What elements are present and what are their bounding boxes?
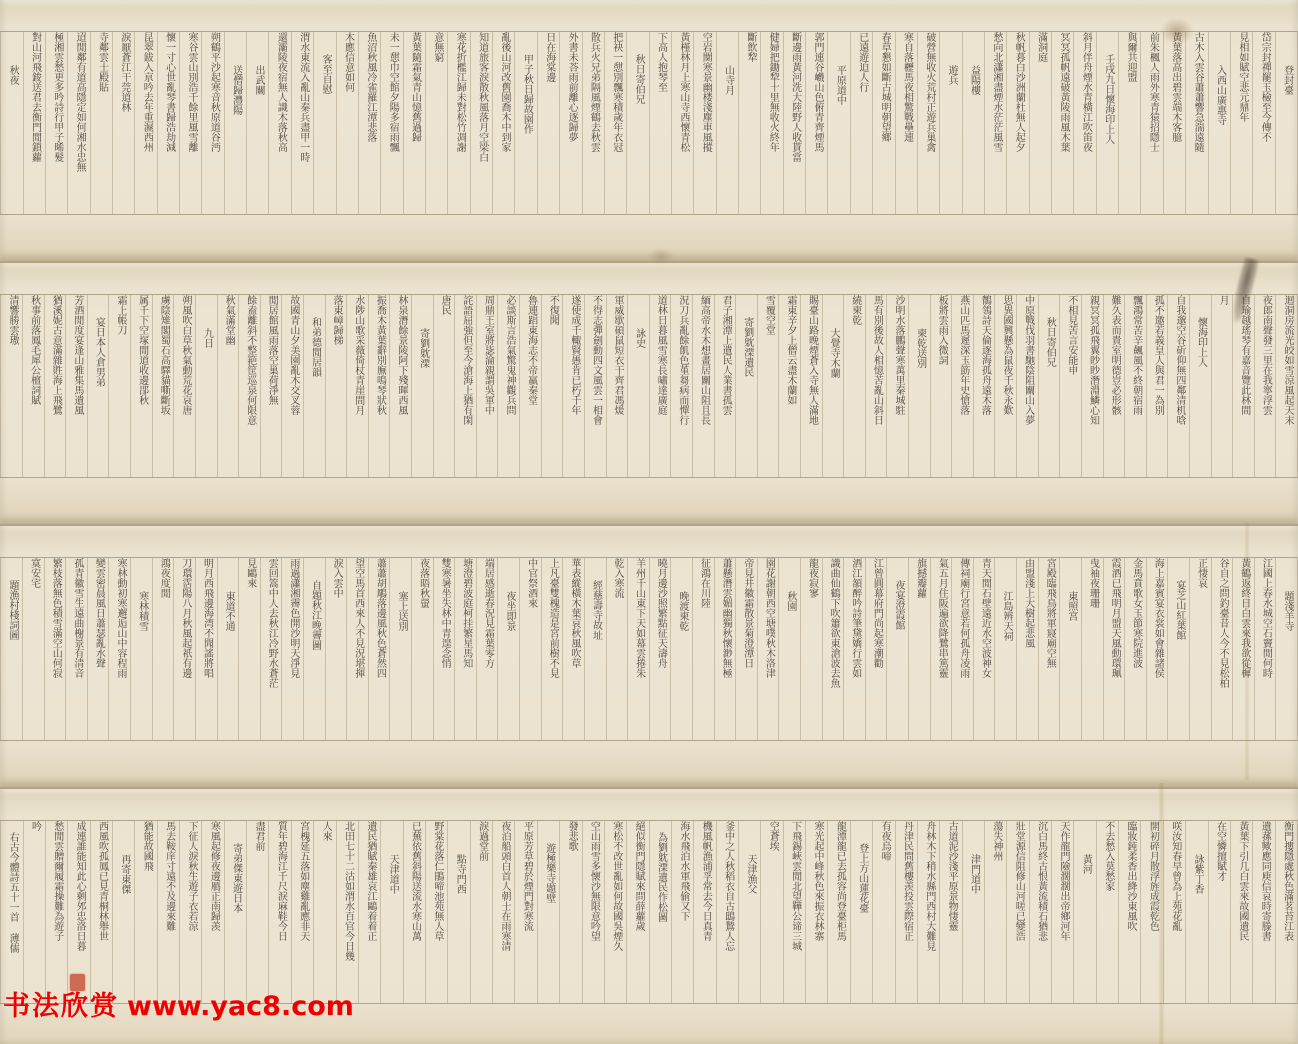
poem-title-column: 送僧歸灃陽 — [224, 32, 246, 214]
poem-text-column: 寒松不改世亂如何故國吳煙久 — [604, 821, 626, 1003]
calligraphy-scroll: 登封臺岱宗封禪罷玉檢至今傳不見相如賦空悲元鼎年入西山廣惠寺古木入雲谷蕭蕭響急湍遠… — [0, 0, 1298, 1044]
poem-title-column: 大覺寺木蘭 — [822, 295, 844, 477]
poem-text-column: 雨過瀟湘霽色開沙明天淨見 — [281, 558, 303, 740]
poem-text-column: 繁枝落無色積雪滿空山何寂 — [44, 558, 66, 740]
poem-text-column: 朔鶴平沙起寒音秋原道谷沔 — [201, 32, 223, 214]
poem-text-column: 空蒼埃 — [760, 821, 782, 1003]
poem-title-column: 黃河 — [1073, 821, 1095, 1003]
poem-text-column: 落東嶂歸梯 — [325, 295, 347, 477]
poem-title-column: 塞上送別 — [389, 558, 411, 740]
poem-text-column: 日在海棠邊 — [537, 32, 559, 214]
poem-text-column: 沙明水落鵬聲寒萬里秦城駐 — [886, 295, 908, 477]
poem-title-column: 點寺門西 — [447, 821, 469, 1003]
poem-text-column: 雪覆空堂 — [757, 295, 779, 477]
poem-text-column: 寒谷雲山別浩千餘里風雪離 — [179, 32, 201, 214]
poem-text-column: 天作龍門險濶濶出帝鄉河年 — [1051, 821, 1073, 1003]
poem-title-column: 登封臺 — [1275, 32, 1297, 214]
poem-title-column: 詠史 — [627, 295, 649, 477]
poem-title-column: 天津漁父 — [738, 821, 760, 1003]
poem-title-column: 詠紫丁香 — [1185, 821, 1207, 1003]
poem-title-column: 登上方山蓮花臺 — [850, 821, 872, 1003]
poem-title-column: 秋日寄伯兄 — [626, 32, 648, 214]
poem-text-column: 人來 — [313, 821, 335, 1003]
poem-text-column: 舟林木下稍水縣門西村大難見 — [917, 821, 939, 1003]
poem-text-column: 振喬木黃葉辭別廡鳴琴狀秋 — [368, 295, 390, 477]
poem-text-column: 旗撼瓣蘿 — [908, 558, 930, 740]
poem-text-column: 懷一寸心世亂琴書歸浩劫減 — [157, 32, 179, 214]
poem-text-column: 朔風吹白草秋氣動荒花哀唐 — [173, 295, 195, 477]
poem-text-column: 愁閒雲贈爾履霜操難為遊子 — [45, 821, 67, 1003]
poem-text-column: 識曲仙鶴下吹簫欲東滄波去魚 — [822, 558, 844, 740]
poem-text-column: 黃葉下引几白雲來故國遺民 — [1230, 821, 1252, 1003]
poem-text-column: 況刀兵亂餘飢色堇芻病而憚行 — [670, 295, 692, 477]
poem-text-column: 把袂一憇別飄寒積歲年衣冠 — [604, 32, 626, 214]
poem-text-column: 西風吹孤鳳已見青桐林舉世 — [90, 821, 112, 1003]
poem-text-column: 鴻夜度閒 — [152, 558, 174, 740]
poem-text-column: 淚入雲中 — [325, 558, 347, 740]
poem-text-column: 蕭懸潛雲媚幽獨秋懷渺無極 — [714, 558, 736, 740]
poem-text-column: 必談斯言浩氣驚鬼神觀兵問 — [497, 295, 519, 477]
poem-text-column: 岱宗封禪罷玉檢至今傳不 — [1252, 32, 1274, 214]
poem-text-column: 黃葉隨霜氣青山憶舊過歸 — [403, 32, 425, 214]
watermark-site-url: www.yac8.com — [127, 991, 354, 1022]
poem-text-column: 軍威歇碩鼠短衣干齊君馮煖 — [606, 295, 628, 477]
poem-text-column: 未一憇巾空館夕陽多宿雨飄 — [380, 32, 402, 214]
poem-title-column: 經慈壽寺故址 — [584, 558, 606, 740]
poem-text-column: 清響勝雲璈 — [0, 295, 22, 477]
poem-text-column: 園花謝朝西空塘噗秋木洛津 — [757, 558, 779, 740]
poem-text-column: 馬去鞍庠寸遠不及邊來難 — [157, 821, 179, 1003]
poem-text-column: 雲回篙中人去秋江冷野水蒼茫 — [260, 558, 282, 740]
poem-title-column: 柬乾送別 — [908, 295, 930, 477]
poem-text-column: 故國青山夕美園亂木交叉蓉 — [281, 295, 303, 477]
poem-text-column: 滿洞庭 — [1029, 32, 1051, 214]
poem-text-column: 帝見井徽霜散景菊澄潭日 — [735, 558, 757, 740]
poem-title-column: 題淺羊寺 — [1275, 558, 1297, 740]
poem-text-column: 宮殿臨飛鳥將軍寢廟空無 — [1038, 558, 1060, 740]
poem-text-column: 已蕪依舊斜陽送流水寒山萬 — [403, 821, 425, 1003]
poem-text-column: 不復聞 — [541, 295, 563, 477]
poem-text-column: 秋事前落鳳毛犀公檀詞賦 — [22, 295, 44, 477]
poem-text-column: 詫語屈強但至今滄海上猶有閑 — [454, 295, 476, 477]
brown-spot-stain — [1160, 18, 1194, 44]
poem-text-column: 明月西飛邊海湾不聞謠將唱 — [195, 558, 217, 740]
poem-text-column: 斜月伴舟煙水青橫江吹笛夜 — [1073, 32, 1095, 214]
poem-text-column: 林泉潛餘景陵阿下殘暉西風 — [389, 295, 411, 477]
poem-title-column: 自題秋江晚霽圖 — [303, 558, 325, 740]
poem-text-column: 古道泥沙淺平原景物悽靈 — [939, 821, 961, 1003]
poem-text-column: 羊州千山東下天如幕雲捲朱 — [627, 558, 649, 740]
poem-text-column: 已遠遊迫人行 — [850, 32, 872, 214]
poem-text-column: 中官祭酒來 — [519, 558, 541, 740]
poem-text-column: 寒風起修夜邊鴈正南歸羡 — [201, 821, 223, 1003]
poem-title-column: 江島辨天祠 — [994, 558, 1016, 740]
poem-text-column: 與爾共迎盟 — [1118, 32, 1140, 214]
poem-text-column: 繞柬乾 — [843, 295, 865, 477]
column-grid-4: 衡門摟隱處秋色滿茗苔江表遺蓀歟應同庾信哀時寄滕書黃葉下引几白雲來故國遺民在空憐擅… — [0, 820, 1298, 1004]
poem-title-column: 山寺月 — [716, 32, 738, 214]
poem-text-column: 寒自落櫪馬夜相驚戰壘連 — [895, 32, 917, 214]
paper-crease — [1158, 783, 1165, 1044]
poem-text-column: 意無窮 — [425, 32, 447, 214]
poem-text-column: 猶溪妮古意滿雜貹海上飛鷺 — [44, 295, 66, 477]
poem-text-column: 下征人淚秋生遊子衣若涼 — [179, 821, 201, 1003]
poem-text-column: 臨妝鈍柔香出絳沙東風吹 — [1118, 821, 1140, 1003]
poem-text-column: 望空馬首西來人不見況堪揮 — [346, 558, 368, 740]
poem-title-column: 和弟德閒居韻 — [303, 295, 325, 477]
poem-text-column: 孤青徽雪生遠曲榭景有清音 — [65, 558, 87, 740]
poem-title-column: 益陽樓 — [962, 32, 984, 214]
poem-text-column: 春草懇如斷古城明朝望鄉 — [872, 32, 894, 214]
faint-stain — [648, 248, 674, 264]
poem-text-column: 霜東辛夕上僧云盡木蘭如 — [778, 295, 800, 477]
poem-title-column: 天津道中 — [380, 821, 402, 1003]
poem-text-column: 秋帆暮白沙洲蘭杜無人起夕 — [1006, 32, 1028, 214]
poem-text-column: 野棠花落仁鵑啼池苑無人草 — [425, 821, 447, 1003]
poem-text-column: 鶺鴒詩天倫逐海孤舟遠木落 — [973, 295, 995, 477]
watermark-site-name: 书法欣赏 — [3, 984, 119, 1023]
poem-text-column: 冥冥孤帆遠破黃陵雨風木葉 — [1051, 32, 1073, 214]
poem-text-column: 江國上春水城空石竇閒何時 — [1254, 558, 1276, 740]
poem-text-column: 思異國興懸為鼠夜千秋永歎 — [994, 295, 1016, 477]
poem-text-column: 空山雨雪多懷沙無限意吟望 — [582, 821, 604, 1003]
poem-text-column: 寒林動初寒邂逅山中容程雨 — [108, 558, 130, 740]
poem-title-column: 平原道中 — [827, 32, 849, 214]
poem-text-column: 下飛錫峽雲閒北望鞾公谛三城 — [783, 821, 805, 1003]
poem-text-column: 寞安宅 — [22, 558, 44, 740]
poem-title-column: 懷海印上人 — [1189, 295, 1211, 477]
scroll-panel-1: 登封臺岱宗封禪罷玉檢至今傳不見相如賦空悲元鼎年入西山廣惠寺古木入雲谷蕭蕭響急湍遠… — [0, 0, 1298, 263]
poem-text-column: 健婦把鋤犂十里無收火終年 — [760, 32, 782, 214]
poem-text-column: 傳祠廟行宮意若何孤舟凌雨 — [951, 558, 973, 740]
poem-title-column: 為劉躭溧遺民作松圖 — [649, 821, 671, 1003]
column-grid-3: 題淺羊寺江國上春水城空石竇閒何時黃鶴返終日白雲來我欲從樨谷自之問釣臺昔人今不見松… — [0, 557, 1298, 741]
poem-text-column: 散兵火兄弟隔風煙鶴去秋雲 — [582, 32, 604, 214]
poem-text-column: 愁向北瀟湘盡煙水茫茫風雪 — [984, 32, 1006, 214]
poem-text-column: 君子湘潭上遺民人業書孤雲 — [714, 295, 736, 477]
poem-text-column: 唐民 — [433, 295, 455, 477]
scroll-panel-2: 迴洞房流光皎如雪涼風起天末夜郎南聲發三里在我寧浮雲自瑜越瑤琴有嘉音覽此林間月懷海… — [0, 263, 1298, 526]
poem-text-column: 刀環霑陽八月秋風起祇有邊 — [173, 558, 195, 740]
poem-text-column: 征鴻在川陸 — [692, 558, 714, 740]
poem-text-column: 芳酒閒度宴逢山雅集馬遺風 — [65, 295, 87, 477]
poem-title-column: 遊極樂寺題壁 — [537, 821, 559, 1003]
poem-text-column: 夜郎南聲發三里在我寧浮雲 — [1254, 295, 1276, 477]
poem-text-column: 閒居館風雨落空巢荷淨無 — [260, 295, 282, 477]
poem-text-column: 蕩失神州 — [984, 821, 1006, 1003]
poem-text-column: 下高人抱琴至 — [649, 32, 671, 214]
poem-text-column: 發悲歌 — [559, 821, 581, 1003]
poem-text-column: 吟 — [23, 821, 45, 1003]
poem-text-column: 海上嘉賓宴衣裳如會雜諸侯 — [1146, 558, 1168, 740]
poem-text-column: 夜泊船頭白首人朝士在雨寒清 — [492, 821, 514, 1003]
poem-title-column: 秋夜 — [0, 32, 22, 214]
poem-text-column: 遺蓀歟應同庾信哀時寄滕書 — [1252, 821, 1274, 1003]
poem-text-column: 正悽哀 — [1189, 558, 1211, 740]
poem-text-column: 華表縱橫木葉哀秋風吹草 — [562, 558, 584, 740]
poem-text-column: 見鷗來 — [238, 558, 260, 740]
poem-text-column: 機風帆漁浦孚常去今日真青 — [693, 821, 715, 1003]
poem-text-column: 釜中之人秋稻衣自古鴟鷙人忘 — [716, 821, 738, 1003]
poem-text-column: 迴洞房流光皎如雪涼風起天末 — [1275, 295, 1297, 477]
poem-text-column: 板將雲雨入微詞 — [930, 295, 952, 477]
poem-title-column: 客至自慰 — [313, 32, 335, 214]
poem-text-column: 江曾圓幕府門尚起寒潮勸 — [865, 558, 887, 740]
poem-title-column: 出武關 — [246, 32, 268, 214]
poem-text-column: 極湘雲愁更多吟詩行甲子晞髮 — [45, 32, 67, 214]
poem-text-column: 燕山匹馬遲深玉筯年史愴落 — [951, 295, 973, 477]
poem-title-column: 遊兵 — [939, 32, 961, 214]
poem-text-column: 谷自之問釣臺昔人今不見松柏 — [1211, 558, 1233, 740]
poem-text-column: 難久表而貴室明德豈必形骸 — [1103, 295, 1125, 477]
poem-text-column: 咲汝知春早曾為上苑花亂 — [1163, 821, 1185, 1003]
poem-title-column: 津門道中 — [962, 821, 984, 1003]
poem-text-column: 寒花折檻江歸未對松竹凋謝 — [447, 32, 469, 214]
poem-text-column: 道林日暮風雪寒長嘯達廣庭 — [649, 295, 671, 477]
poem-text-column: 不相見苦言安能申 — [1059, 295, 1081, 477]
poem-text-column: 黃鶴返終日白雲來我欲從樨 — [1232, 558, 1254, 740]
poem-text-column: 周鼎王室將毖淪親謂吳軍中 — [476, 295, 498, 477]
poem-text-column: 魯連蹈東海志不帝嬴秦堂 — [519, 295, 541, 477]
poem-text-column: 有夜烏啼 — [872, 821, 894, 1003]
poem-text-column: 變雲密晨風日蕭瑟亂水聲 — [87, 558, 109, 740]
poem-text-column: 不去愁入莫愁家 — [1096, 821, 1118, 1003]
poem-text-column: 衡門摟隱處秋色滿茗苔江表 — [1275, 821, 1297, 1003]
poem-text-column: 金馬賁歌女玉節寒院進波 — [1124, 558, 1146, 740]
poem-text-column: 對山河飛鋑送君去衡門閒鎖蘿 — [23, 32, 45, 214]
poem-text-column: 質年碧海江千尺淚麻鞋今日 — [268, 821, 290, 1003]
poem-text-column: 猶能故國飛 — [134, 821, 156, 1003]
poem-text-column: 緬高帝水木想畫居關山阻且長 — [692, 295, 714, 477]
poem-title-column: 宴日本人倉男弟 — [87, 295, 109, 477]
column-grid-1: 登封臺岱宗封禪罷玉檢至今傳不見相如賦空悲元鼎年入西山廣惠寺古木入雲谷蕭蕭響急湍遠… — [0, 31, 1298, 215]
poem-text-column: 北田七十二沽如渭水百官今日幾 — [336, 821, 358, 1003]
poem-text-column: 寺鄰雲士殿貼 — [90, 32, 112, 214]
poem-text-column: 知道旅客淚散秋風落月空梁白 — [470, 32, 492, 214]
poem-text-column: 龍潭龍已去孤容尚登臺柜馬 — [827, 821, 849, 1003]
poem-text-column: 氣五月住阪遍欲降鷺串篤靈 — [930, 558, 952, 740]
poem-text-column: 丹津民問舊樓羡投雲際宿正 — [895, 821, 917, 1003]
poem-text-column: 夜落晤秋螢 — [411, 558, 433, 740]
poem-text-column: 親冥冥孤飛翼眇眇潛淵鱗心知 — [1081, 295, 1103, 477]
poem-title-column: 宴芝山紅葉館 — [1167, 558, 1189, 740]
poem-title-column: 東照宮 — [1059, 558, 1081, 740]
poem-title-column: 秋日寄伯兄 — [1038, 295, 1060, 477]
poem-text-column: 青天閒石壁遠近水空波神女 — [973, 558, 995, 740]
poem-text-column: 宮槐延五落如塵雞亂應非天 — [291, 821, 313, 1003]
poem-text-column: 雙寒暑坐失林中青遑念悄 — [433, 558, 455, 740]
poem-title-column: 題漁村棧詞圖 — [0, 558, 22, 740]
poem-text-column: 外書未荅雨前離心逐歸夢 — [559, 32, 581, 214]
poem-text-column: 見相如賦空悲元鼎年 — [1230, 32, 1252, 214]
poem-text-column: 前朱楓人雨外寒青猿招隱士 — [1140, 32, 1162, 214]
poem-text-column: 乾入寒流 — [606, 558, 628, 740]
poem-title-column: 再寄東傑 — [112, 821, 134, 1003]
poem-text-column: 秋氣滿堂幽 — [217, 295, 239, 477]
poem-text-column: 斷飲犂 — [738, 32, 760, 214]
poem-text-column: 霜上帳刀 — [108, 295, 130, 477]
poem-text-column: 郭門連谷巇山色俯青齊煙馬 — [805, 32, 827, 214]
poem-text-column: 塘澄碧波庭柯挂繁星馬知 — [454, 558, 476, 740]
poem-text-column: 渭水東流入亂山秦兵盡甲一時 — [291, 32, 313, 214]
poem-text-column: 昆翠鈸入亰吟去年重濕西州 — [134, 32, 156, 214]
poem-title-column: 右古今體詩五十一首 薄儒 — [0, 821, 22, 1003]
poem-text-column: 曉月邊沙照繁點征天濤舟 — [649, 558, 671, 740]
poem-text-column: 遺民猶賦秦雄哀江鷗着着正 — [358, 821, 380, 1003]
scroll-panel-3: 題淺羊寺江國上春水城空石竇閒何時黃鶴返終日白雲來我欲從樨谷自之問釣臺昔人今不見松… — [0, 526, 1298, 789]
poem-text-column: 霞酒已飛明月盟天風動環珮 — [1103, 558, 1125, 740]
poem-title-column: 秋園 — [778, 558, 800, 740]
poem-text-column: 淚過堂前 — [470, 821, 492, 1003]
poem-text-column: 曳袖夜珊珊 — [1081, 558, 1103, 740]
poem-text-column: 空岩闃寒景幽楼淺塵車風摐 — [693, 32, 715, 214]
poem-title-column: 寄弟傑東遊日本 — [224, 821, 246, 1003]
poem-text-column: 孤不邀若義皇人與君一為別 — [1146, 295, 1168, 477]
poem-text-column: 亂後山河改舊園喬木中到家 — [492, 32, 514, 214]
poem-title-column: 入西山廣惠寺 — [1208, 32, 1230, 214]
poem-text-column: 水陟山歌采薇倚杖青崖間月 — [346, 295, 368, 477]
poem-text-column: 淚厭蒼江干莞道林 — [112, 32, 134, 214]
poem-text-column: 不得志彈劍動四文風雲一相會 — [584, 295, 606, 477]
poem-text-column: 黃槿林月上寒山寺西懷青松 — [671, 32, 693, 214]
poem-text-column: 由盟淺上大樹起悲風 — [1016, 558, 1038, 740]
poem-text-column: 黃葉落高出碧雲端木客臆 — [1163, 32, 1185, 214]
poem-title-column: 夜坐即景 — [497, 558, 519, 740]
poem-title-column: 寄劉躭溧 — [411, 295, 433, 477]
poem-text-column: 沉白馬終古恨黃流積石猶悲 — [1029, 821, 1051, 1003]
poem-title-column: 九日 — [195, 295, 217, 477]
poem-text-column: 古木入雲谷蕭蕭響急湍遠隨 — [1185, 32, 1207, 214]
column-grid-2: 迴洞房流光皎如雪涼風起天末夜郎南聲發三里在我寧浮雲自瑜越瑤琴有嘉音覽此林間月懷海… — [0, 294, 1298, 478]
poem-text-column: 迢閒鄰有道高隱定如何湘水忠無 — [67, 32, 89, 214]
poem-text-column: 月 — [1211, 295, 1233, 477]
poem-text-column: 破營無收火荒村正遊兵巢禽 — [917, 32, 939, 214]
poem-title-column: 甲子秋日歸故園作 — [514, 32, 536, 214]
poem-title-column: 寒林積雪 — [130, 558, 152, 740]
poem-text-column: 海水飛泊水軍飛偷又下 — [671, 821, 693, 1003]
poem-text-column: 飄鴻常苦辛飆風不終朝宿雨 — [1124, 295, 1146, 477]
poem-text-column: 賜臺山路晚煙蒼入寺無人滿地 — [800, 295, 822, 477]
poem-text-column: 属千下空塚閒道收邊郘秋 — [130, 295, 152, 477]
poem-text-column: 酒江頟醉吟詩筆黛嬌行雲如 — [843, 558, 865, 740]
poem-text-column: 自我邈空谷斫仰無四鄰清机唅 — [1167, 295, 1189, 477]
poem-title-column: 壬戌九日懷海印上人 — [1096, 32, 1118, 214]
poem-text-column: 寒光起中峰秋色來振衣林寨 — [805, 821, 827, 1003]
poem-text-column: 魚沼秋風冷雀羅江潭悲落 — [358, 32, 380, 214]
poem-text-column: 馬有別後故人相憶苦亂山斜日 — [865, 295, 887, 477]
poem-text-column: 餘盍離斜不整筢筐巡泉何限意 — [238, 295, 260, 477]
poem-text-column: 木應信意如何 — [336, 32, 358, 214]
poem-text-column: 平原芳草碧於煙門對寒流 — [514, 821, 536, 1003]
poem-title-column: 寄劉躭溧遺民 — [735, 295, 757, 477]
poem-text-column: 在空憐擅賦才 — [1208, 821, 1230, 1003]
poem-title-column: 晚渡柬乾 — [670, 558, 692, 740]
poem-text-column: 蕭蕭胡鵰落邊風秋色蒼然四 — [368, 558, 390, 740]
poem-text-column: 端居感逝春況見霜葉零方 — [476, 558, 498, 740]
poem-text-column: 斷邊雨黃河洗大陸野人收貰當 — [783, 32, 805, 214]
site-watermark: 书法欣赏 www.yac8.com — [3, 984, 354, 1023]
poem-title-column: 夜宴澄霞館 — [886, 558, 908, 740]
poem-text-column: 遂使成千輙賢愚肯已朽千年 — [562, 295, 584, 477]
poem-text-column: 還灞陵夜宿無人識木落秋高 — [268, 32, 290, 214]
poem-text-column: 虜陰雉閣蜀石高驛貓嘶斷坂 — [152, 295, 174, 477]
poem-text-column: 上凡臺雙槐造是宮前樹不見 — [541, 558, 563, 740]
poem-text-column: 盡君前 — [246, 821, 268, 1003]
poem-text-column: 壯堂源信阻修山河嗟已變浩 — [1006, 821, 1028, 1003]
poem-text-column: 中原戰伐羽書馳陰阻關山入夢 — [1016, 295, 1038, 477]
poem-text-column: 絕似衡門隱賦來問薛蘿歲 — [626, 821, 648, 1003]
paper-crease — [1244, 522, 1250, 780]
poem-text-column: 龍夜寂寥 — [800, 558, 822, 740]
poem-title-column: 東道不通 — [217, 558, 239, 740]
